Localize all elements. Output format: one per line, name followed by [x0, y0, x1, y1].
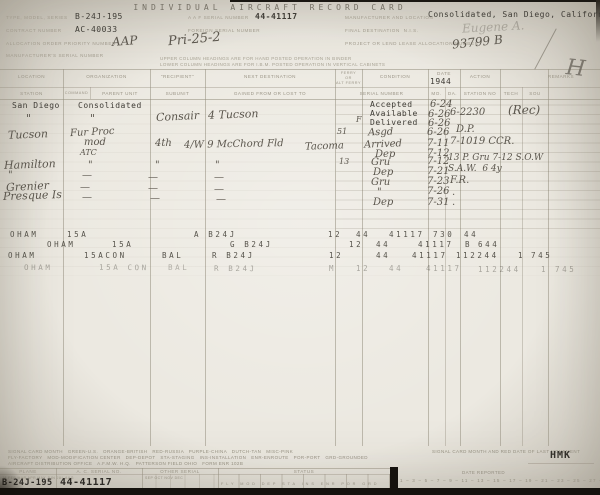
card-entry: 13 P. Gru 7-12 S.O.W [448, 153, 543, 163]
card-entry: Tacoma [305, 140, 344, 152]
card-entry: 41117 [426, 264, 462, 273]
condition-available: Available [370, 109, 418, 118]
card-entry: — [82, 192, 92, 203]
h-pencil-mark: H [565, 55, 587, 82]
card-entry: OHAM [10, 230, 38, 239]
legend-line1: SIGNAL CARD MONTH GREEN-U.S. ORANGE-BRIT… [8, 449, 293, 454]
card-entry: 44 [376, 251, 390, 260]
card-entry: 112244 [456, 251, 499, 260]
card-entry: 4/W 9 McChord Fld [184, 138, 284, 151]
card-entry: 15A [112, 240, 133, 249]
card-entry: 730 [433, 230, 454, 239]
card-entry: 644 [478, 240, 499, 249]
card-entry: 112244 [478, 265, 521, 274]
condition-delivered: Delivered [370, 118, 418, 127]
ac-serial-label: A. C. SERIAL NO. [56, 469, 142, 474]
card-entry: Consair [156, 109, 200, 124]
card-entry: . [452, 197, 455, 208]
card-entry: 12 [329, 251, 343, 260]
card-entry: 51 [337, 127, 347, 136]
card-entry: 44 [376, 240, 390, 249]
status-codes: FLY MOD DEP STA INS ENR POR GRD [221, 482, 379, 486]
legend-line2: FLY-FACTORY MOD-MODIFICATION CENTER DEP-… [8, 455, 368, 460]
card-entry: 745 [555, 265, 576, 274]
card-entry: 15A CON [99, 263, 149, 272]
card-entry: M [329, 264, 336, 273]
card-entry: Dep [373, 197, 393, 208]
card-entry: G B24J [230, 240, 273, 249]
card-entry: 41117 [418, 240, 454, 249]
initials-rule [528, 463, 594, 464]
card-entry: — [82, 170, 92, 181]
condition-accepted: Accepted [370, 100, 413, 109]
card-entry: 44 [389, 264, 403, 273]
ac-serial-value: 44-41117 [60, 477, 112, 488]
card-entry: 15ACON [84, 251, 127, 260]
card-entry: 4 Tucson [208, 107, 259, 122]
card-entry: mod [84, 137, 106, 148]
card-entry: R B24J [212, 251, 255, 260]
card-entry: 12 [328, 230, 342, 239]
card-entry: — [150, 193, 160, 204]
legend-line3: AIRCRAFT DISTRIBUTION OFFICE A.F.M.W. H.… [8, 461, 243, 466]
card-entry: " [155, 160, 160, 171]
card-entry: S.A.W. 6 4y [448, 164, 502, 174]
card-entry: " [26, 112, 31, 125]
card-entry: 44 [464, 230, 478, 239]
card-entry: BAL [162, 251, 183, 260]
card-entry: 745 [531, 251, 552, 260]
card-entry: 7-26 [427, 186, 449, 197]
card-entry: F.R. [450, 175, 469, 186]
other-serial-cells [142, 474, 218, 488]
corner-smudge [0, 465, 26, 495]
card-entry: (Rec) [508, 103, 540, 117]
card-entry: 1 [518, 251, 525, 260]
card-entry: A B24J [194, 230, 237, 239]
card-entry: 6-26 [427, 127, 449, 138]
organization-row1: Consolidated [78, 101, 142, 110]
card-entry: BAL [168, 263, 189, 272]
card-entry: OHAM [8, 251, 36, 260]
card-entry: 7-1019 CCR. [450, 136, 514, 147]
card-entry: 6-2230 [450, 107, 485, 118]
card-entry: Tucson [8, 127, 48, 141]
card-entry: 41117 [412, 251, 448, 260]
card-entry: — [216, 194, 226, 205]
card-entry: 41117 [389, 230, 425, 239]
card-entry: D.P. [456, 124, 475, 135]
card-entry: 1 [541, 265, 548, 274]
card-entry: B [465, 240, 472, 249]
card-entry: 44 [356, 230, 370, 239]
card-entry: ATC [80, 148, 97, 157]
card-entry: " [8, 170, 13, 181]
date-reported-label: DATE REPORTED [462, 470, 505, 475]
card-entry: Asgd [368, 127, 394, 139]
card-entry: F [356, 115, 362, 124]
card-entry: 12 [356, 264, 370, 273]
card-entry: R B24J [214, 264, 257, 273]
initials-hmk: HMK [550, 450, 571, 461]
location-row1: San Diego [12, 101, 60, 110]
aircraft-record-card: INDIVIDUAL AIRCRAFT RECORD CARD TYPE, MO… [0, 0, 600, 495]
card-entry: — [148, 172, 158, 183]
card-entry: 12 [349, 240, 363, 249]
card-entry: Presque Is [3, 188, 62, 203]
photo-edge-bottom [0, 488, 600, 495]
card-entry: 13 [339, 157, 349, 166]
card-entry: 15A [67, 230, 88, 239]
card-entry: " [90, 112, 95, 125]
card-entry: 4th [155, 138, 172, 149]
card-entry: OHAM [24, 263, 53, 272]
date-reported-scale: 1 – 3 – 5 – 7 – 9 – 11 – 13 – 15 – 17 – … [400, 478, 600, 483]
card-entry: 7-31 [427, 197, 449, 208]
punch-mark [390, 467, 398, 488]
card-entry: " [215, 160, 220, 171]
card-entry: — [214, 172, 224, 183]
entries-layer: San DiegoConsolidatedAcceptedAvailableDe… [0, 0, 600, 495]
card-entry: OHAM [47, 240, 75, 249]
